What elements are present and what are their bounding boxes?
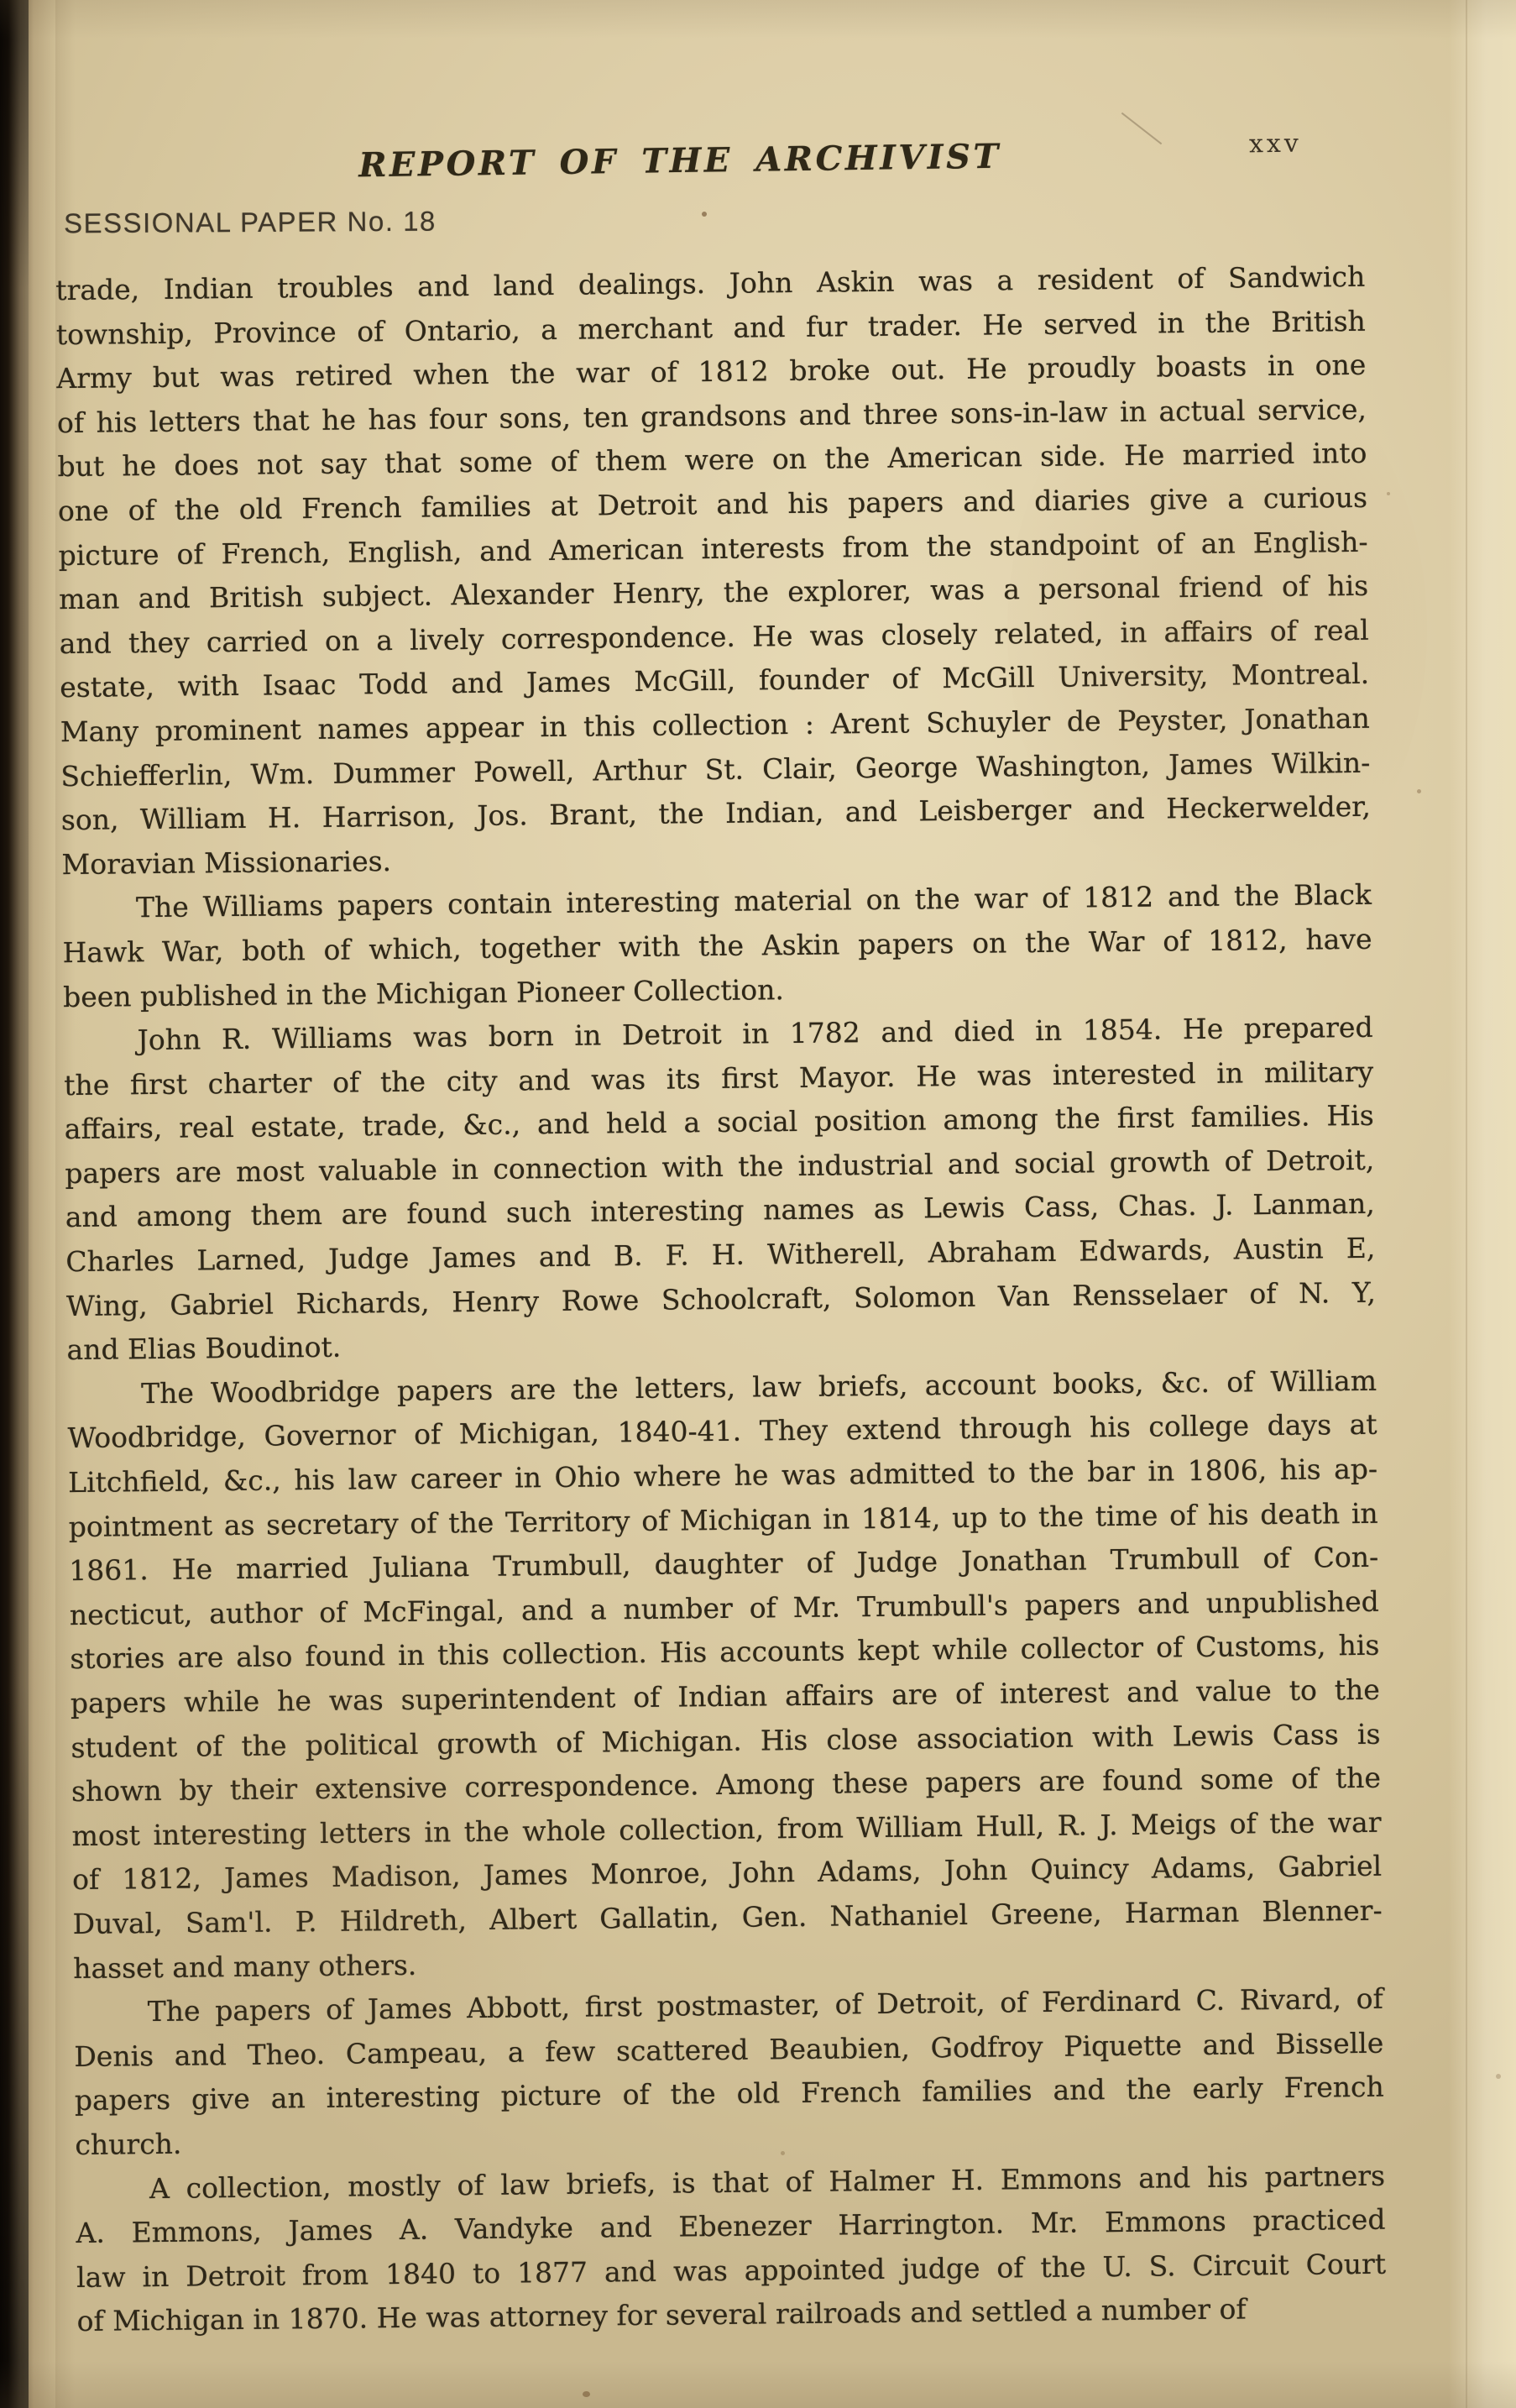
paper-speck [1496,2074,1501,2079]
binding-gutter-shade [0,0,29,2408]
paper-stain [1007,336,1427,924]
paper-speck [781,2151,785,2155]
paper-speck [1417,789,1421,793]
paper-stain [84,1595,588,2099]
page-edge-line [1466,0,1467,2408]
sessional-paper-label: SESSIONAL PAPER No. 18 [64,206,437,240]
scanned-book-page: REPORT OF THE ARCHIVIST xxv SESSIONAL PA… [0,0,1516,2408]
page-right-edge [1449,0,1516,2408]
page-number: xxv [1249,129,1302,160]
paper-speck [583,2391,590,2397]
page-top-shade [0,0,1516,39]
page-bottom-shade [0,2361,1516,2408]
paper-speck [702,212,707,217]
page-title: REPORT OF THE ARCHIVIST [358,137,1001,186]
